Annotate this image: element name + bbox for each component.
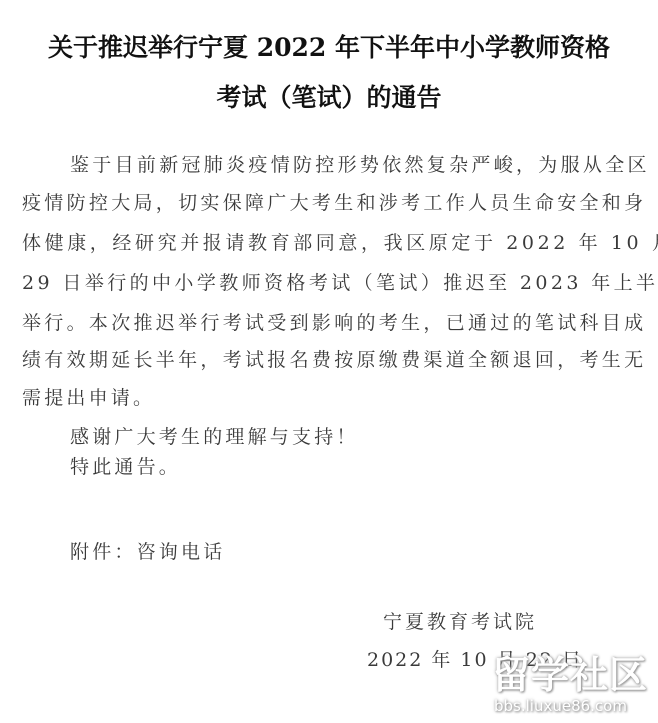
body-paragraph-line: 体健康，经研究并报请教育部同意，我区原定于 2022 年 10 月 [22, 231, 494, 255]
body-paragraph-line: 29 日举行的中小学教师资格考试（笔试）推迟至 2023 年上半年 [22, 271, 494, 295]
attachment-line: 附件：咨询电话 [70, 540, 542, 564]
notice-title-line-2: 考试（笔试）的通告 [0, 78, 658, 114]
body-paragraph-line: 绩有效期延长半年，考试报名费按原缴费渠道全额退回，考生无 [22, 348, 494, 372]
body-paragraph-line: 需提出申请。 [22, 386, 494, 410]
thanks-line: 感谢广大考生的理解与支持！ [70, 425, 542, 449]
watermark-logo-text: 留学社区 [492, 655, 648, 695]
site-watermark: 留学社区 bbs.liuxue86.com [492, 655, 658, 723]
notice-title-line-1: 关于推迟举行宁夏 2022 年下半年中小学教师资格 [0, 28, 658, 64]
watermark-url: bbs.liuxue86.com [494, 697, 627, 715]
body-paragraph-line: 疫情防控大局，切实保障广大考生和涉考工作人员生命安全和身 [22, 191, 494, 215]
body-paragraph-line: 鉴于目前新冠肺炎疫情防控形势依然复杂严峻，为服从全区 [70, 153, 542, 177]
closing-line: 特此通告。 [70, 455, 542, 479]
body-paragraph-line: 举行。本次推迟举行考试受到影响的考生，已通过的笔试科目成 [22, 311, 494, 335]
signature-organization: 宁夏教育考试院 [383, 610, 537, 634]
